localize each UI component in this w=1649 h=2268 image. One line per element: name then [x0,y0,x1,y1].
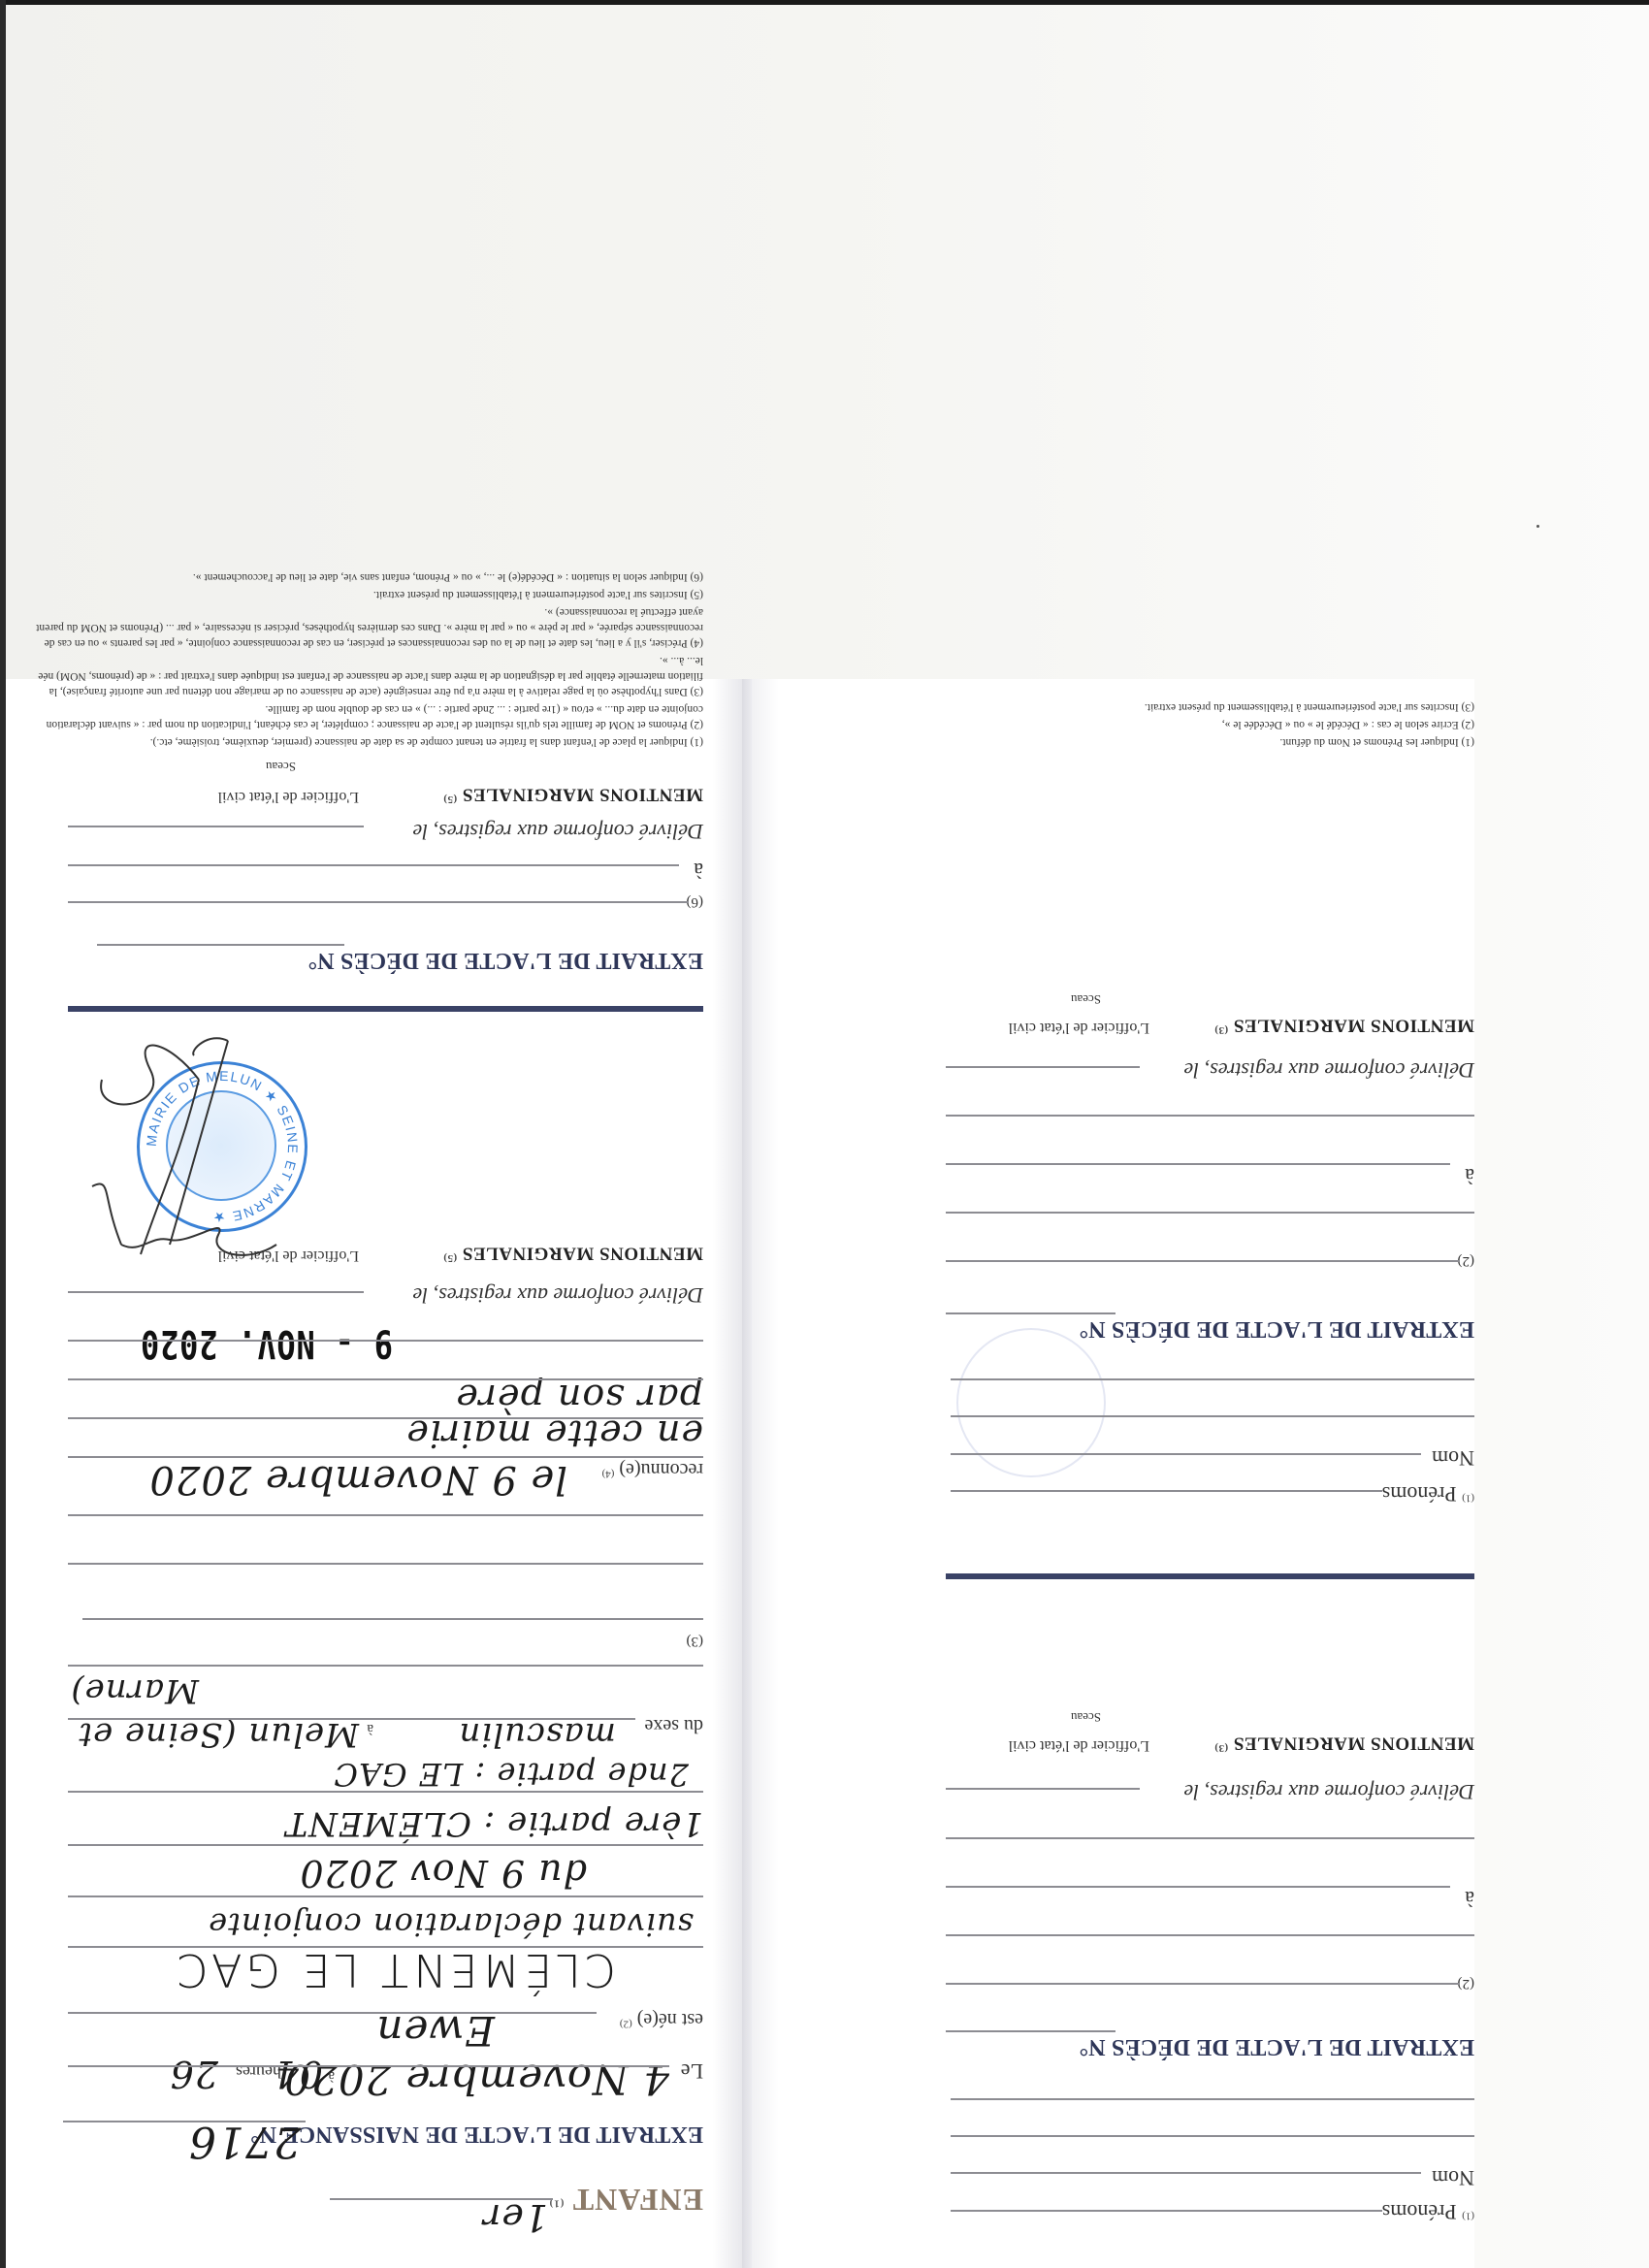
line [68,1340,703,1342]
delivered-date-field-birth[interactable] [68,1291,364,1293]
place-field-left[interactable] [68,864,679,866]
prenoms-field-2[interactable] [951,1490,1382,1492]
prenoms-label-2: (1) Prénoms [1382,1481,1474,1507]
scanner-top-edge [0,0,1649,5]
officer-signature [63,1021,286,1274]
place-field-2[interactable] [946,1163,1450,1165]
nom-label-2: Nom [1432,1445,1474,1471]
line [68,1665,703,1667]
sexe-place-field[interactable] [68,1718,635,1720]
nom-field-1[interactable] [951,2172,1421,2174]
death-extract-title-1: EXTRAIT DE L'ACTE DE DÉCÈS N° [1079,2033,1474,2059]
prenoms-label-1: (1) Prénoms [1382,2199,1474,2224]
line [68,1378,703,1380]
note-6: (6) [687,893,704,910]
section-divider [946,1573,1474,1579]
line [68,1456,703,1458]
death-number-field-2[interactable] [946,1312,1115,1314]
birth-place-cont: Marne) [70,1671,199,1710]
delivered-date-field-2[interactable] [946,1066,1140,1068]
death-number-field-left[interactable] [97,944,344,946]
footnotes-death: (1) Indiquer les Prénoms et Nom du défun… [931,697,1474,750]
rank-handwritten: 1er [482,2196,548,2239]
death-extract-title-2: EXTRAIT DE L'ACTE DE DÉCÈS N° [1079,1315,1474,1342]
section-divider [68,1006,703,1012]
reconnu-label: reconnu(e) (4) [602,1458,703,1480]
line [946,1115,1474,1117]
mentions-heading-2: MENTIONS MARGINALES (3) [1214,1015,1474,1036]
recognition-by: par son père [455,1377,703,1419]
footnotes-birth: (1) Indiquer la place de l'enfant dans l… [24,567,703,750]
mentions-heading-1: MENTIONS MARGINALES (3) [1214,1733,1474,1754]
line [946,1837,1474,1839]
line [946,1260,1460,1262]
nom-field-2[interactable] [951,1453,1421,1455]
declaration-line: suivant déclaration conjointe [208,1906,694,1943]
birth-place: Melun (Seine et [78,1715,359,1754]
delivered-label-birth: Délivré conforme aux registres, le [412,1282,703,1308]
lieu-label: à [367,1720,373,1736]
first-part-name: 1ère partie : CLÉMENT [285,1804,703,1843]
first-name-field[interactable] [68,2012,597,2014]
delivered-date-field-1[interactable] [946,1788,1140,1790]
seal-label-1: Sceau [1071,1709,1101,1725]
line [951,2098,1474,2100]
act-number: 2716 [188,2117,301,2166]
prenoms-field-1[interactable] [951,2210,1382,2212]
a-label: à [1465,1163,1474,1188]
delivered-label-2: Délivré conforme aux registres, le [1183,1057,1474,1083]
note-2: (2) [1458,1975,1475,1992]
second-part-name: 2nde partie : LE GAC [333,1756,689,1793]
mentions-heading-birth: MENTIONS MARGINALES (5) [443,1243,703,1264]
birth-hour: 04 [275,2053,323,2095]
line [946,1983,1460,1985]
nom-label-1: Nom [1432,2165,1474,2190]
death-number-field-1[interactable] [946,2030,1115,2032]
line [951,2135,1474,2137]
birth-date: 4 Novembre 2020 [283,2056,669,2103]
line [68,1844,703,1846]
line [951,1415,1474,1417]
est-ne-label: est né(e) (2) [620,2008,703,2030]
declaration-date: du 9 Nov 2020 [299,1852,587,1895]
note-3: (3) [687,1633,704,1649]
line [68,1895,703,1897]
death-extracts-page: (1) Prénoms Nom EXTRAIT DE L'ACTE DE DÉC… [742,679,1474,2268]
officer-label-left: L'officier de l'état civil [218,788,359,805]
officer-label-2: L'officier de l'état civil [1009,1019,1149,1036]
line [951,1378,1474,1380]
note-2: (2) [1458,1252,1475,1269]
child-first-name: Ewen [375,2007,495,2055]
death-extract-title-left: EXTRAIT DE L'ACTE DE DÉCÈS N° [307,947,703,973]
a-label: à [694,858,703,883]
birth-date-field[interactable] [68,2065,669,2067]
seal-label-2: Sceau [1071,991,1101,1007]
a-label: à [1465,1886,1474,1911]
birth-minutes: 26 [170,2053,218,2095]
line [946,1934,1474,1936]
line [68,901,689,903]
place-field-1[interactable] [946,1886,1450,1888]
sexe-value: masculin [458,1715,616,1754]
act-number-field[interactable] [63,2121,306,2122]
birth-extract-title: EXTRAIT DE L'ACTE DE NAISSANCE N° [250,2121,703,2147]
birth-extract-page: ENFANT (1) 1er EXTRAIT DE L'ACTE DE NAIS… [6,679,742,2268]
dust-speck [1536,525,1539,528]
a-label: à [328,2067,335,2084]
delivered-label-left: Délivré conforme aux registres, le [412,819,703,844]
child-surname: CLÉMENT LE GAC [174,1944,616,1996]
line [68,1563,703,1565]
seal-label-left: Sceau [266,759,296,774]
sexe-label: du sexe [644,1714,703,1736]
line [68,1946,703,1948]
enfant-label: ENFANT (1) [549,2182,703,2218]
line [946,1212,1474,1214]
line [68,1514,703,1516]
rank-field[interactable] [330,2198,553,2200]
delivery-date-stamp: 9 - NOV. 2020 [140,1321,393,1366]
officer-label-1: L'officier de l'état civil [1009,1736,1149,1754]
delivered-label-1: Délivré conforme aux registres, le [1183,1779,1474,1804]
delivered-date-field-left[interactable] [68,826,364,827]
booklet-spread: (1) Prénoms Nom EXTRAIT DE L'ACTE DE DÉC… [0,679,1649,2268]
line [82,1618,703,1620]
recognition-date: le 9 Novembre 2020 [148,1457,567,1502]
mentions-heading-left: MENTIONS MARGINALES (5) [443,784,703,805]
le-label: Le [681,2058,703,2084]
